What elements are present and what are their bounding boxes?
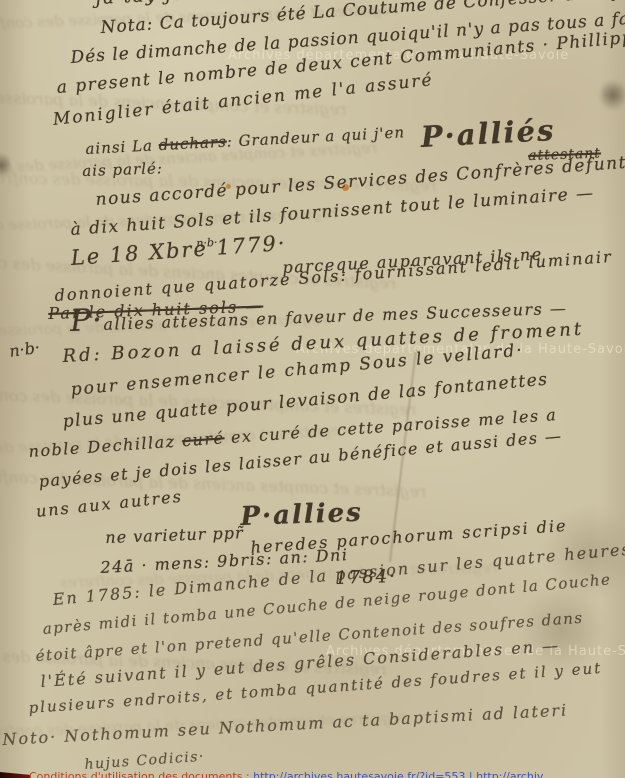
nota-bene-mark: n·b· [196,236,218,250]
manuscript-line: ais parlé: [82,159,163,180]
pallies-signature: P·allies [240,498,363,532]
line-segment: ainsi La [85,136,159,158]
struck-word: duchars [158,133,227,155]
url-separator: | [465,770,476,778]
footer-corner-mark [0,771,30,778]
usage-conditions-label: Conditions d'utilisation des documents : [29,770,253,778]
manuscript-line: uns aux autres [35,487,184,521]
usage-conditions-caption: Conditions d'utilisation des documents :… [29,770,543,778]
manuscript-scan-page: registres et comptes anciens de la paroi… [0,0,625,778]
paper-stain [600,78,625,112]
struck-word: curé [181,428,225,450]
nota-bene-mark: n·b· [8,338,41,361]
archive-url-secondary[interactable]: http://archiv [476,770,543,778]
manuscript-line: ne varietur ppr̃ [105,523,244,547]
archive-url-primary[interactable]: http://archives.hautesavoie.fr/?id=553 [253,770,465,778]
